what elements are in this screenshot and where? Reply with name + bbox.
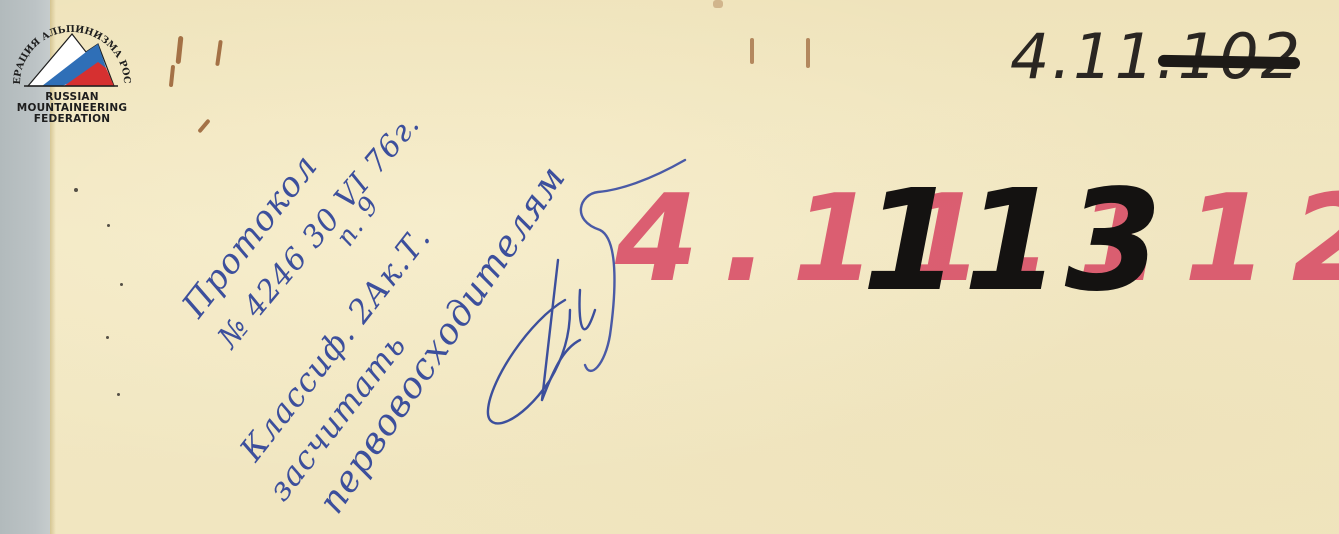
rmf-logo: ФЕДЕРАЦИЯ АЛЬПИНИЗМА РОССИИ RUSSIAN MOUN…	[2, 6, 142, 124]
rust-stain	[806, 38, 810, 68]
mountain-logo-icon: ФЕДЕРАЦИЯ АЛЬПИНИЗМА РОССИИ	[2, 6, 142, 96]
paper-speck	[120, 283, 123, 286]
logo-caption-line3: FEDERATION	[2, 114, 142, 125]
paper-speck	[106, 336, 109, 339]
strikethrough-line	[1158, 55, 1300, 69]
rust-stain	[713, 0, 723, 8]
old-archive-prefix: 4.11.	[1010, 20, 1178, 93]
paper-speck	[117, 393, 120, 396]
rust-stain	[750, 38, 754, 64]
black-archive-overwrite: 113	[862, 160, 1166, 323]
scanned-document-page: ФЕДЕРАЦИЯ АЛЬПИНИЗМА РОССИИ RUSSIAN MOUN…	[0, 0, 1339, 534]
signature-icon	[470, 150, 700, 440]
paper-speck	[74, 188, 78, 192]
paper-speck	[107, 224, 110, 227]
